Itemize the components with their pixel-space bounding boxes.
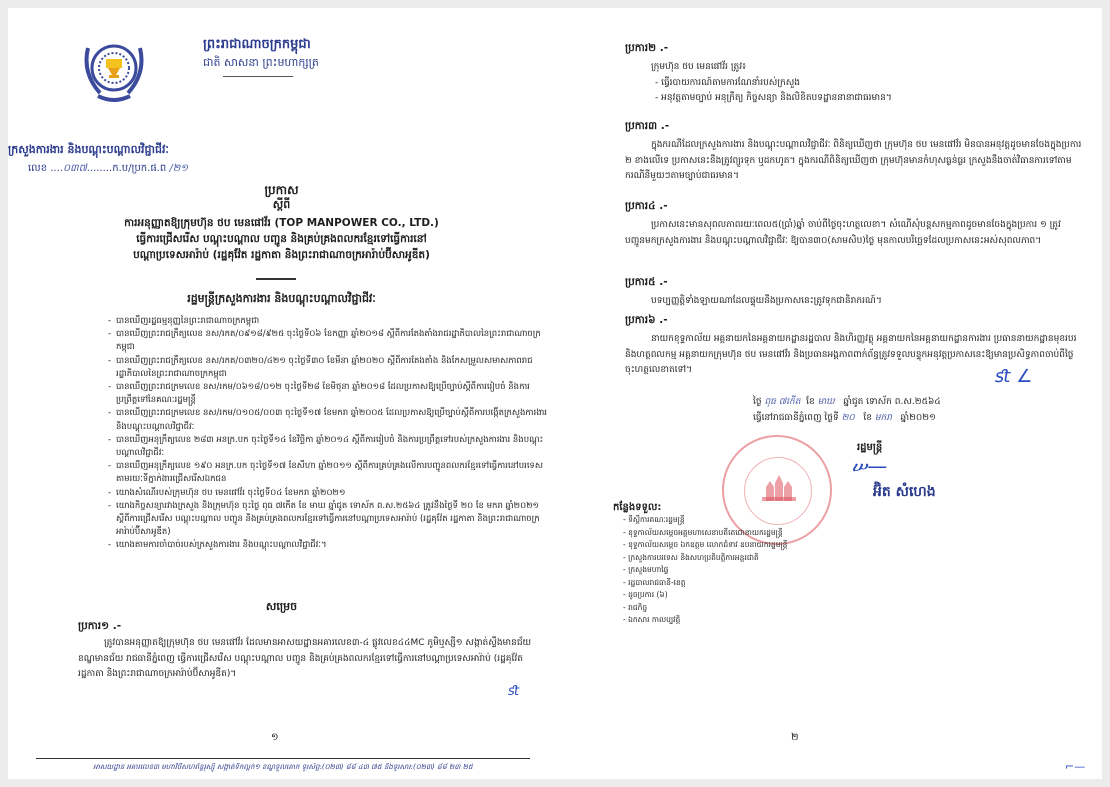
recital-item: បានឃើញរដ្ឋធម្មនុញ្ញនៃព្រះរាជាណាចក្រកម្ពុ… xyxy=(108,315,548,328)
minister-heading: រដ្ឋមន្ត្រីក្រសួងការងារ និងបណ្តុះបណ្តាលវ… xyxy=(8,292,555,308)
recital-item: បានឃើញព្រះរាជក្រឹត្យលេខ នស/រកត/០៣២០/៤២១ … xyxy=(108,355,548,381)
reference-label: លេខ xyxy=(28,163,47,174)
subject-line-3: បណ្តាប្រទេសអារ៉ាប់ (រដ្ឋគុវ៉ែត រដ្ឋកាតា … xyxy=(48,247,515,263)
cc-title: កន្លែងទទួល: xyxy=(613,500,661,515)
signer-name: អ៊ិត សំហេង xyxy=(873,482,936,503)
minister-label: រដ្ឋមន្ត្រី xyxy=(857,440,882,455)
article-2-item: ធ្វើរបាយការណ៍តាមការណែនាំរបស់ក្រសួង xyxy=(655,76,1075,91)
signature: ሠ— xyxy=(851,454,887,478)
handwritten-initial: ﬆ xyxy=(508,684,519,699)
decorative-divider xyxy=(223,76,293,77)
cc-item: ឯកសារ កាលប្បវត្តិ xyxy=(623,614,787,627)
footer-address: អាសយដ្ឋាន អគារលេខ៣ មហាវិថីសហព័ន្ធរុស្ស៊ី… xyxy=(36,763,530,773)
cc-item: ខុទ្ទកាល័យសម្តេចអគ្គមហាសេនាបតីតេជោនាយករដ… xyxy=(623,527,787,540)
article-3-label: ប្រការ៣ .- xyxy=(625,120,669,135)
lunar-day-handwritten: ពុធ ៧កើត xyxy=(764,397,800,407)
month-handwritten: មករា xyxy=(875,413,892,423)
decision-heading: សម្រេច xyxy=(8,600,555,616)
article-5-body: បទប្បញ្ញត្តិទាំងឡាយណាដែលផ្ទុយនឹងប្រកាសនេ… xyxy=(625,294,1083,310)
cc-item: ក្រសួងការបរទេស និងសហប្រតិបត្តិការអន្តរជា… xyxy=(623,552,787,565)
article-5-label: ប្រការ៥ .- xyxy=(625,276,668,291)
page-1: ព្រះរាជាណាចក្រកម្ពុជា ជាតិ សាសនា ព្រះមហា… xyxy=(8,8,555,779)
day-handwritten: ២០ xyxy=(842,413,855,423)
ministry-logo-icon xyxy=(78,28,150,108)
footer-divider xyxy=(36,758,530,759)
subject-line-1: ការអនុញ្ញាតឱ្យក្រុមហ៊ុន ថប មេនផៅវ័រ (TOP… xyxy=(48,215,515,231)
reference-suffix: ក.ប/ប្រក.ផ.ព xyxy=(112,163,166,174)
article-3-body: ក្នុងករណីដែលក្រសួងការងារ និងបណ្តុះបណ្តាល… xyxy=(625,138,1083,185)
recital-item: បានឃើញអនុក្រឹត្យលេខ ២៨៣ អនក្រ.បក ចុះថ្ងៃ… xyxy=(108,434,548,460)
title-divider xyxy=(256,278,296,280)
place-date: ធ្វើនៅរាជធានីភ្នំពេញ ថ្ងៃទី ២០ ខែ មករា ឆ… xyxy=(753,412,936,425)
recital-item: យោងកិច្ចសន្យារវាងក្រសួង និងក្រុមហ៊ុន ចុះ… xyxy=(108,500,548,540)
article-6-label: ប្រការ៦ .- xyxy=(625,314,668,329)
cc-item: ខុទ្ទកាល័យសម្តេច ឯកឧត្តម លោកជំទាវ ឧបនាយក… xyxy=(623,539,787,552)
page-number: ២ xyxy=(791,730,799,745)
lunar-date: ថ្ងៃ ពុធ ៧កើត ខែ មាឃ ឆ្នាំជូត ទោស័ក ព.ស.… xyxy=(753,396,941,409)
subject-line-2: ធ្វើការជ្រើសរើស បណ្តុះបណ្តាល បញ្ជូន និងគ… xyxy=(48,231,515,247)
recital-item: យោងតាមការចាំបាច់របស់ក្រសួងការងារ និងបណ្ត… xyxy=(108,539,548,552)
page-2: ប្រការ២ .- ក្រុមហ៊ុន ថប មេនផៅវ័រ ត្រូវ៖ … xyxy=(555,8,1102,779)
recital-item: យោងសំណើរបស់ក្រុមហ៊ុន ថប មេនផៅវ័រ ចុះថ្ងៃ… xyxy=(108,487,548,500)
article-1-label: ប្រការ១ .- xyxy=(78,620,121,635)
article-2-intro: ក្រុមហ៊ុន ថប មេនផៅវ័រ ត្រូវ៖ xyxy=(625,60,1065,76)
kingdom-heading: ព្រះរាជាណាចក្រកម្ពុជា xyxy=(203,36,311,55)
reference-number: លេខ ....០៣៧........ក.ប/ប្រក.ផ.ព /២១ xyxy=(28,161,188,176)
cc-list: ទីស្តីការគណៈរដ្ឋមន្ត្រី ខុទ្ទកាល័យសម្តេច… xyxy=(623,514,787,627)
recitals-list: បានឃើញរដ្ឋធម្មនុញ្ញនៃព្រះរាជាណាចក្រកម្ពុ… xyxy=(108,315,548,553)
article-4-label: ប្រការ៤ .- xyxy=(625,200,668,215)
recital-item: បានឃើញព្រះរាជក្រមលេខ នស/រកម/០៦១៨/០១២ ចុះ… xyxy=(108,381,548,407)
cc-item: រាជកិច្ច xyxy=(623,602,787,615)
concerning-label: ស្តីពី xyxy=(8,198,555,214)
handwritten-mark: ⌐— xyxy=(1065,760,1085,773)
article-2-item: អនុវត្តតាមច្បាប់ អនុក្រឹត្យ កិច្ចសន្យា ន… xyxy=(655,91,1075,106)
article-2-label: ប្រការ២ .- xyxy=(625,42,668,57)
document-spread: ព្រះរាជាណាចក្រកម្ពុជា ជាតិ សាសនា ព្រះមហា… xyxy=(8,8,1102,779)
reference-handwritten: /២១ xyxy=(169,163,188,174)
recital-item: បានឃើញអនុក្រឹត្យលេខ ១៩០ អនក្រ.បក ចុះថ្ងៃ… xyxy=(108,460,548,486)
article-2-list: ធ្វើរបាយការណ៍តាមការណែនាំរបស់ក្រសួង អនុវត… xyxy=(655,76,1075,106)
article-1-body: ត្រូវបានអនុញ្ញាតឱ្យក្រុមហ៊ុន ថប មេនផៅវ័រ… xyxy=(78,636,533,683)
article-4-body: ប្រកាសនេះមានសុពលភាពរយៈពេល៥(ប្រាំ)ឆ្នាំ ច… xyxy=(625,218,1083,249)
national-motto: ជាតិ សាសនា ព្រះមហាក្សត្រ xyxy=(203,56,319,72)
handwritten-initials: ﬆ ∠ xyxy=(995,366,1032,387)
reference-number-value: ០៣៧ xyxy=(63,163,87,174)
ministry-name: ក្រសួងការងារ និងបណ្តុះបណ្តាលវិជ្ជាជីវៈ xyxy=(8,143,169,159)
cc-item: ក្រសួងមហាផ្ទៃ xyxy=(623,564,787,577)
recital-item: បានឃើញព្រះរាជក្រមលេខ នស/រកម/០១០៥/០០៣ ចុះ… xyxy=(108,407,548,433)
lunar-month-handwritten: មាឃ xyxy=(818,397,835,407)
page-number: ១ xyxy=(271,730,279,745)
recital-item: បានឃើញព្រះរាជក្រឹត្យលេខ នស/រកត/០៩១៨/៩២៥ … xyxy=(108,328,548,354)
cc-item: ទីស្តីការគណៈរដ្ឋមន្ត្រី xyxy=(623,514,787,527)
cc-item: រដ្ឋបាលរាជធានី-ខេត្ត xyxy=(623,577,787,590)
cc-item: ដូចប្រការ (៦) xyxy=(623,589,787,602)
subject-heading: ការអនុញ្ញាតឱ្យក្រុមហ៊ុន ថប មេនផៅវ័រ (TOP… xyxy=(8,215,555,263)
